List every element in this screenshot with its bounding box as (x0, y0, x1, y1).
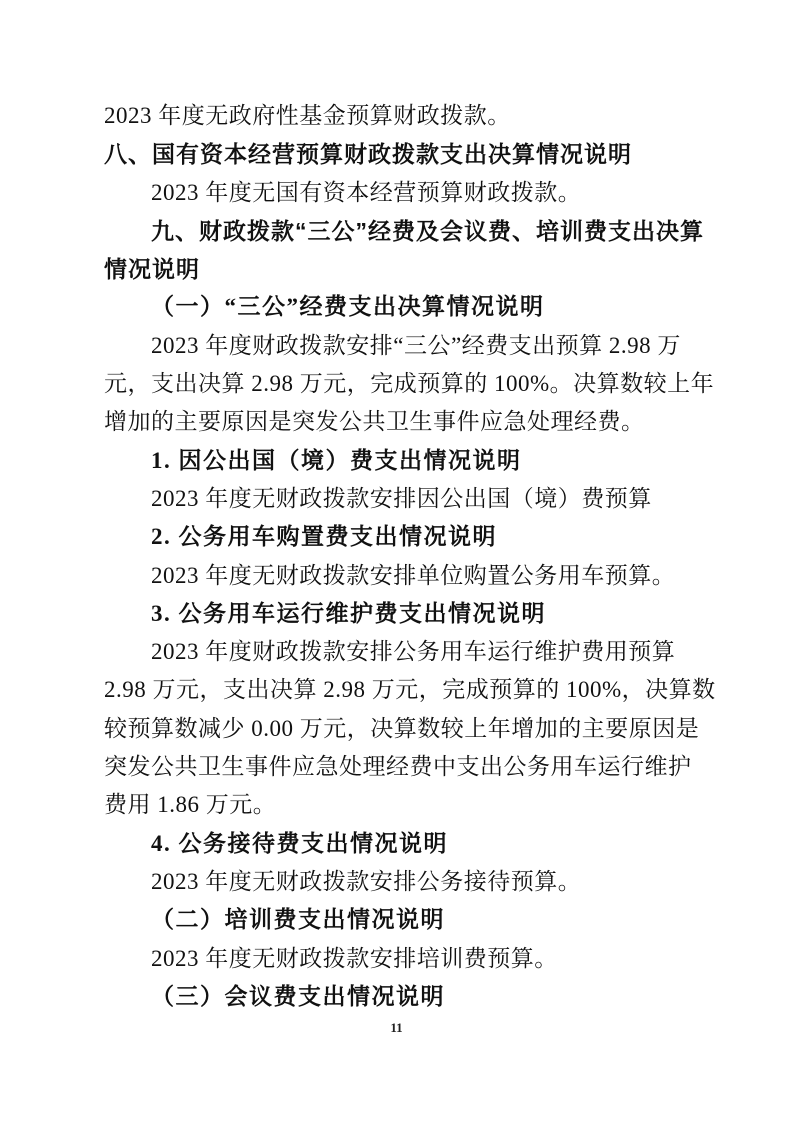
heading-line: 2. 公务用车购置费支出情况说明 (104, 518, 724, 556)
heading-line: 4. 公务接待费支出情况说明 (104, 825, 724, 863)
paragraph-line: 2023 年度无国有资本经营预算财政拨款。 (104, 174, 724, 212)
paragraph-line: 2023 年度无财政拨款安排单位购置公务用车预算。 (104, 557, 724, 595)
paragraph-line: 较预算数减少 0.00 万元，决算数较上年增加的主要原因是 (104, 710, 724, 748)
paragraph-line: 元，支出决算 2.98 万元，完成预算的 100%。决算数较上年 (104, 365, 724, 403)
paragraph-line: 2023 年度财政拨款安排公务用车运行维护费用预算 (104, 633, 724, 671)
paragraph-line: 2023 年度无财政拨款安排培训费预算。 (104, 940, 724, 978)
page-number: 11 (0, 1020, 793, 1036)
paragraph-line: 2023 年度无政府性基金预算财政拨款。 (104, 97, 724, 135)
paragraph-line: 2023 年度无财政拨款安排因公出国（境）费预算 (104, 480, 724, 518)
heading-line: （二）培训费支出情况说明 (104, 901, 724, 939)
heading-line: 3. 公务用车运行维护费支出情况说明 (104, 595, 724, 633)
paragraph-line: 费用 1.86 万元。 (104, 786, 724, 824)
heading-line: 八、国有资本经营预算财政拨款支出决算情况说明 (104, 135, 724, 173)
paragraph-line: 增加的主要原因是突发公共卫生事件应急处理经费。 (104, 403, 724, 441)
heading-line: 九、财政拨款“三公”经费及会议费、培训费支出决算 (104, 212, 724, 250)
heading-line: （一）“三公”经费支出决算情况说明 (104, 288, 724, 326)
paragraph-line: 2023 年度财政拨款安排“三公”经费支出预算 2.98 万 (104, 327, 724, 365)
heading-line: （三）会议费支出情况说明 (104, 978, 724, 1016)
paragraph-line: 突发公共卫生事件应急处理经费中支出公务用车运行维护 (104, 748, 724, 786)
heading-line: 情况说明 (104, 250, 724, 288)
document-page: 2023 年度无政府性基金预算财政拨款。八、国有资本经营预算财政拨款支出决算情况… (0, 0, 793, 1122)
paragraph-line: 2023 年度无财政拨款安排公务接待预算。 (104, 863, 724, 901)
paragraph-line: 2.98 万元，支出决算 2.98 万元，完成预算的 100%，决算数 (104, 671, 724, 709)
document-body-text: 2023 年度无政府性基金预算财政拨款。八、国有资本经营预算财政拨款支出决算情况… (104, 97, 724, 1016)
heading-line: 1. 因公出国（境）费支出情况说明 (104, 442, 724, 480)
